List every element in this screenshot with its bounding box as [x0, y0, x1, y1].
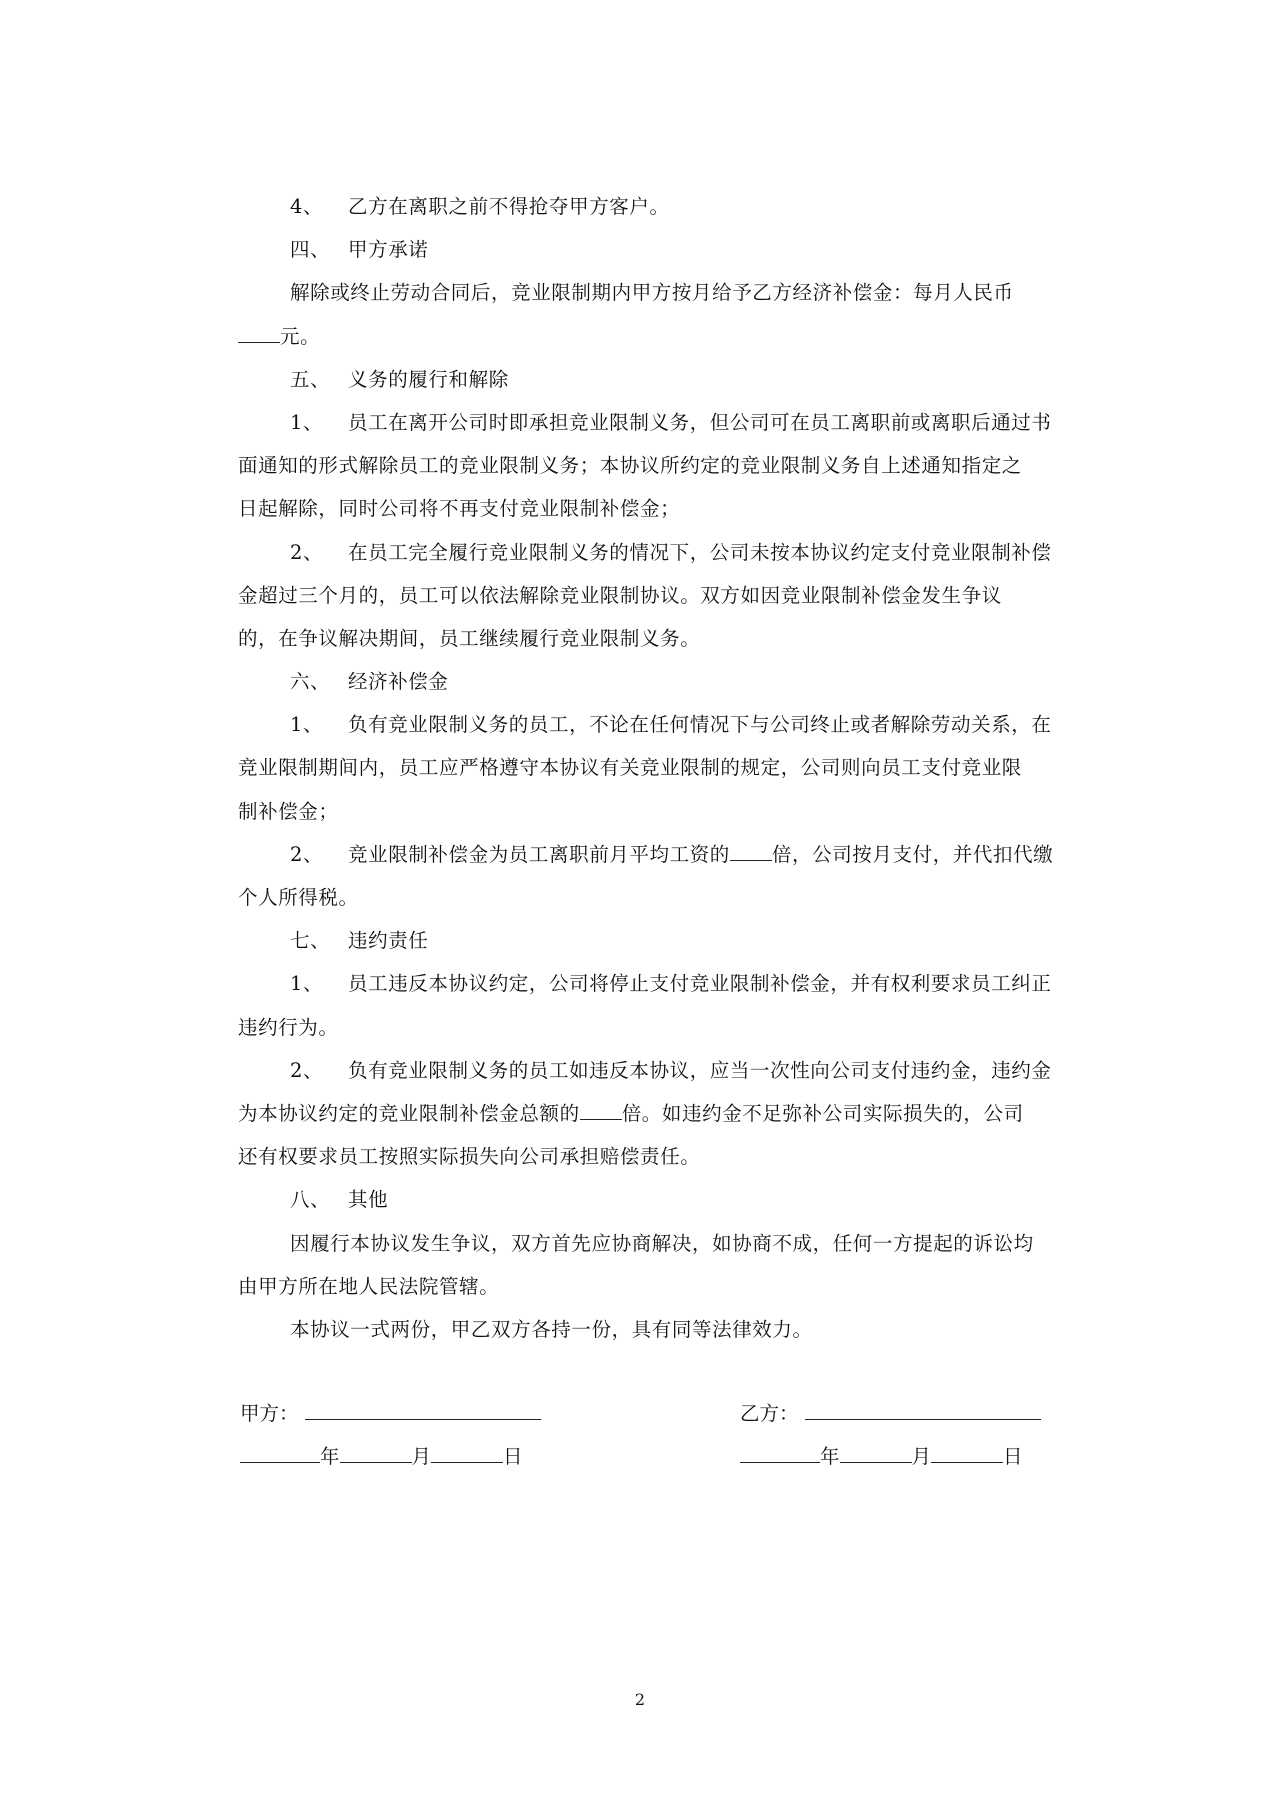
- heading-number: 六、: [290, 660, 348, 703]
- item-text: 为本协议约定的竞业限制补偿金总额的: [238, 1102, 580, 1125]
- year-label: 年: [820, 1445, 840, 1468]
- heading-number: 七、: [290, 919, 348, 962]
- heading-text: 义务的履行和解除: [348, 368, 509, 391]
- party-b-year-field[interactable]: [740, 1440, 820, 1463]
- page-number: 2: [0, 1690, 1280, 1709]
- party-b-date-row: 年月日: [740, 1435, 1041, 1478]
- item-text: 员工在离开公司时即承担竞业限制义务，但公司可在员工离职前或离职后通过书: [348, 411, 1052, 434]
- clause-continuation: 金超过三个月的，员工可以依法解除竞业限制协议。双方如因竞业限制补偿金发生争议: [238, 574, 1073, 617]
- item-text: 倍，公司按月支付，并代扣代缴: [772, 843, 1053, 866]
- party-a-signature-block: 甲方： 年月日: [240, 1392, 541, 1478]
- item-text: 负有竞业限制义务的员工，不论在任何情况下与公司终止或者解除劳动关系，在: [348, 713, 1052, 736]
- paragraph-text: 由甲方所在地人民法院管辖。: [238, 1275, 499, 1298]
- fill-in-blank-penalty-multiplier[interactable]: [580, 1101, 622, 1120]
- item-text: 员工违反本协议约定，公司将停止支付竞业限制补偿金，并有权利要求员工纠正: [348, 972, 1052, 995]
- month-label: 月: [412, 1445, 432, 1468]
- item-text: 乙方在离职之前不得抢夺甲方客户。: [348, 195, 670, 218]
- month-label: 月: [912, 1445, 932, 1468]
- item-text: 倍。如违约金不足弥补公司实际损失的，公司: [622, 1102, 1024, 1125]
- heading-number: 四、: [290, 228, 348, 271]
- party-b-day-field[interactable]: [931, 1440, 1003, 1463]
- item-text: 的，在争议解决期间，员工继续履行竞业限制义务。: [238, 627, 700, 650]
- item-number: 4、: [290, 185, 348, 228]
- party-b-signature-block: 乙方： 年月日: [740, 1392, 1041, 1478]
- paragraph: 本协议一式两份，甲乙双方各持一份，具有同等法律效力。: [238, 1308, 1073, 1351]
- clause-continuation: 日起解除，同时公司将不再支付竞业限制补偿金；: [238, 487, 1073, 530]
- paragraph: 因履行本协议发生争议，双方首先应协商解决，如协商不成，任何一方提起的诉讼均: [238, 1222, 1073, 1265]
- item-text: 违约行为。: [238, 1016, 339, 1039]
- clause-item: 2、在员工完全履行竞业限制义务的情况下，公司未按本协议约定支付竞业限制补偿: [238, 531, 1073, 574]
- section-heading: 五、义务的履行和解除: [238, 358, 1073, 401]
- clause-continuation: 为本协议约定的竞业限制补偿金总额的倍。如违约金不足弥补公司实际损失的，公司: [238, 1092, 1073, 1135]
- clause-item: 2、负有竞业限制义务的员工如违反本协议，应当一次性向公司支付违约金，违约金: [238, 1049, 1073, 1092]
- clause-continuation: 个人所得税。: [238, 876, 1073, 919]
- fill-in-blank-multiplier[interactable]: [730, 842, 772, 861]
- paragraph-text: 解除或终止劳动合同后，竞业限制期内甲方按月给予乙方经济补偿金：每月人民币: [290, 281, 1014, 304]
- party-b-label: 乙方：: [740, 1402, 799, 1425]
- item-text: 金超过三个月的，员工可以依法解除竞业限制协议。双方如因竞业限制补偿金发生争议: [238, 584, 1002, 607]
- item-text: 日起解除，同时公司将不再支付竞业限制补偿金；: [238, 497, 680, 520]
- clause-item: 1、负有竞业限制义务的员工，不论在任何情况下与公司终止或者解除劳动关系，在: [238, 703, 1073, 746]
- clause-continuation: 违约行为。: [238, 1006, 1073, 1049]
- item-text: 在员工完全履行竞业限制义务的情况下，公司未按本协议约定支付竞业限制补偿: [348, 541, 1052, 564]
- item-number: 1、: [290, 962, 348, 1005]
- item-text: 竞业限制期间内，员工应严格遵守本协议有关竞业限制的规定，公司则向员工支付竞业限: [238, 756, 1022, 779]
- heading-text: 经济补偿金: [348, 670, 449, 693]
- item-text: 个人所得税。: [238, 886, 359, 909]
- party-b-signature-row: 乙方：: [740, 1392, 1041, 1435]
- section-heading: 七、违约责任: [238, 919, 1073, 962]
- heading-text: 甲方承诺: [348, 238, 428, 261]
- party-a-month-field[interactable]: [340, 1440, 412, 1463]
- party-a-year-field[interactable]: [240, 1440, 320, 1463]
- item-number: 1、: [290, 703, 348, 746]
- clause-item: 1、员工在离开公司时即承担竞业限制义务，但公司可在员工离职前或离职后通过书: [238, 401, 1073, 444]
- party-b-month-field[interactable]: [840, 1440, 912, 1463]
- item-number: 2、: [290, 531, 348, 574]
- clause-continuation: 制补偿金；: [238, 790, 1073, 833]
- document-body: 4、乙方在离职之前不得抢夺甲方客户。 四、甲方承诺 解除或终止劳动合同后，竞业限…: [238, 185, 1073, 1351]
- item-number: 2、: [290, 1049, 348, 1092]
- item-text: 竞业限制补偿金为员工离职前月平均工资的: [348, 843, 730, 866]
- clause-continuation: 面通知的形式解除员工的竞业限制义务；本协议所约定的竞业限制义务自上述通知指定之: [238, 444, 1073, 487]
- item-text: 面通知的形式解除员工的竞业限制义务；本协议所约定的竞业限制义务自上述通知指定之: [238, 454, 1022, 477]
- clause-item: 1、员工违反本协议约定，公司将停止支付竞业限制补偿金，并有权利要求员工纠正: [238, 962, 1073, 1005]
- clause-continuation: 的，在争议解决期间，员工继续履行竞业限制义务。: [238, 617, 1073, 660]
- document-page: 4、乙方在离职之前不得抢夺甲方客户。 四、甲方承诺 解除或终止劳动合同后，竞业限…: [0, 0, 1280, 1810]
- party-a-date-row: 年月日: [240, 1435, 541, 1478]
- day-label: 日: [1003, 1445, 1023, 1468]
- day-label: 日: [503, 1445, 523, 1468]
- item-text: 还有权要求员工按照实际损失向公司承担赔偿责任。: [238, 1145, 700, 1168]
- clause-continuation: 竞业限制期间内，员工应严格遵守本协议有关竞业限制的规定，公司则向员工支付竞业限: [238, 746, 1073, 789]
- heading-number: 八、: [290, 1178, 348, 1221]
- clause-item: 4、乙方在离职之前不得抢夺甲方客户。: [238, 185, 1073, 228]
- clause-item: 2、竞业限制补偿金为员工离职前月平均工资的倍，公司按月支付，并代扣代缴: [238, 833, 1073, 876]
- item-text: 制补偿金；: [238, 800, 339, 823]
- paragraph-continuation: 由甲方所在地人民法院管辖。: [238, 1265, 1073, 1308]
- section-heading: 四、甲方承诺: [238, 228, 1073, 271]
- heading-text: 其他: [348, 1188, 388, 1211]
- paragraph-text: 元。: [280, 325, 320, 348]
- paragraph-continuation: 元。: [238, 315, 1073, 358]
- section-heading: 八、其他: [238, 1178, 1073, 1221]
- party-a-signature-row: 甲方：: [240, 1392, 541, 1435]
- heading-text: 违约责任: [348, 929, 428, 952]
- section-heading: 六、经济补偿金: [238, 660, 1073, 703]
- party-a-label: 甲方：: [240, 1402, 299, 1425]
- item-number: 2、: [290, 833, 348, 876]
- item-number: 1、: [290, 401, 348, 444]
- paragraph-text: 本协议一式两份，甲乙双方各持一份，具有同等法律效力。: [290, 1318, 813, 1341]
- paragraph-text: 因履行本协议发生争议，双方首先应协商解决，如协商不成，任何一方提起的诉讼均: [290, 1232, 1034, 1255]
- fill-in-blank-amount[interactable]: [238, 324, 280, 343]
- paragraph: 解除或终止劳动合同后，竞业限制期内甲方按月给予乙方经济补偿金：每月人民币: [238, 271, 1073, 314]
- party-a-signature-field[interactable]: [305, 1397, 541, 1420]
- party-a-day-field[interactable]: [431, 1440, 503, 1463]
- clause-continuation: 还有权要求员工按照实际损失向公司承担赔偿责任。: [238, 1135, 1073, 1178]
- heading-number: 五、: [290, 358, 348, 401]
- year-label: 年: [320, 1445, 340, 1468]
- item-text: 负有竞业限制义务的员工如违反本协议，应当一次性向公司支付违约金，违约金: [348, 1059, 1052, 1082]
- party-b-signature-field[interactable]: [805, 1397, 1041, 1420]
